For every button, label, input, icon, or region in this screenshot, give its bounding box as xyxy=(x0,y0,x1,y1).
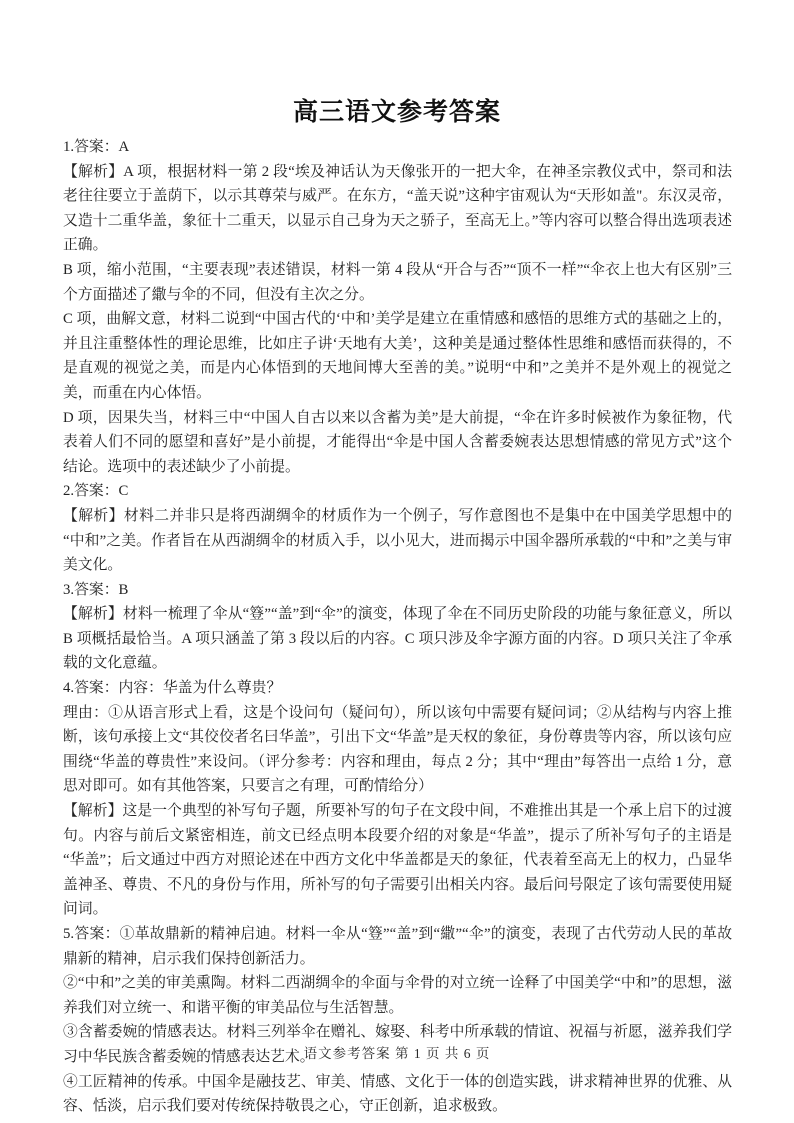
answer-3: 3.答案：B xyxy=(63,578,732,603)
answer-5-point-4: ④工匠精神的传承。中国伞是融技艺、审美、情感、文化于一体的创造实践，讲求精神世界… xyxy=(63,1070,732,1119)
analysis-2: 【解析】材料二并非只是将西湖绸伞的材质作为一个例子，写作意图也不是集中在中国美学… xyxy=(63,504,732,578)
page-footer: 语文参考答案 第 1 页 共 6 页 xyxy=(0,1042,794,1062)
answer-5-point-1: 5.答案：①革故鼎新的精神启迪。材料一伞从“簦”“盖”到“繖”“伞”的演变，表现… xyxy=(63,922,732,971)
analysis-3: 【解析】材料一梳理了伞从“簦”“盖”到“伞”的演变，体现了伞在不同历史阶段的功能… xyxy=(63,602,732,676)
analysis-1-item-a: 【解析】A 项，根据材料一第 2 段“埃及神话认为天像张开的一把大伞，在神圣宗教… xyxy=(63,160,732,258)
answer-2: 2.答案：C xyxy=(63,479,732,504)
analysis-1-item-b: B 项，缩小范围，“主要表现”表述错误，材料一第 4 段从“开合与否”“顶不一样… xyxy=(63,258,732,307)
answer-sheet-page: 高三语文参考答案 1.答案：A 【解析】A 项，根据材料一第 2 段“埃及神话认… xyxy=(0,0,794,1123)
answer-4-reasons: 理由：①从语言形式上看，这是个设问句（疑问句），所以该句中需要有疑问词；②从结构… xyxy=(63,701,732,799)
answer-4-content: 4.答案：内容：华盖为什么尊贵？ xyxy=(63,676,732,701)
analysis-4: 【解析】这是一个典型的补写句子题，所要补写的句子在文段中间，不难推出其是一个承上… xyxy=(63,799,732,922)
analysis-1-item-d: D 项，因果失当，材料三中“中国人自古以来以含蓄为美”是大前提，“伞在许多时候被… xyxy=(63,406,732,480)
answer-5-point-2: ②“中和”之美的审美熏陶。材料二西湖绸伞的伞面与伞骨的对立统一诠释了中国美学“中… xyxy=(63,971,732,1020)
page-title: 高三语文参考答案 xyxy=(0,92,794,128)
document-body: 1.答案：A 【解析】A 项，根据材料一第 2 段“埃及神话认为天像张开的一把大… xyxy=(63,135,732,1119)
analysis-1-item-c: C 项，曲解文意，材料二说到“中国古代的‘中和’美学是建立在重情感和感悟的思维方… xyxy=(63,307,732,405)
answer-1: 1.答案：A xyxy=(63,135,732,160)
